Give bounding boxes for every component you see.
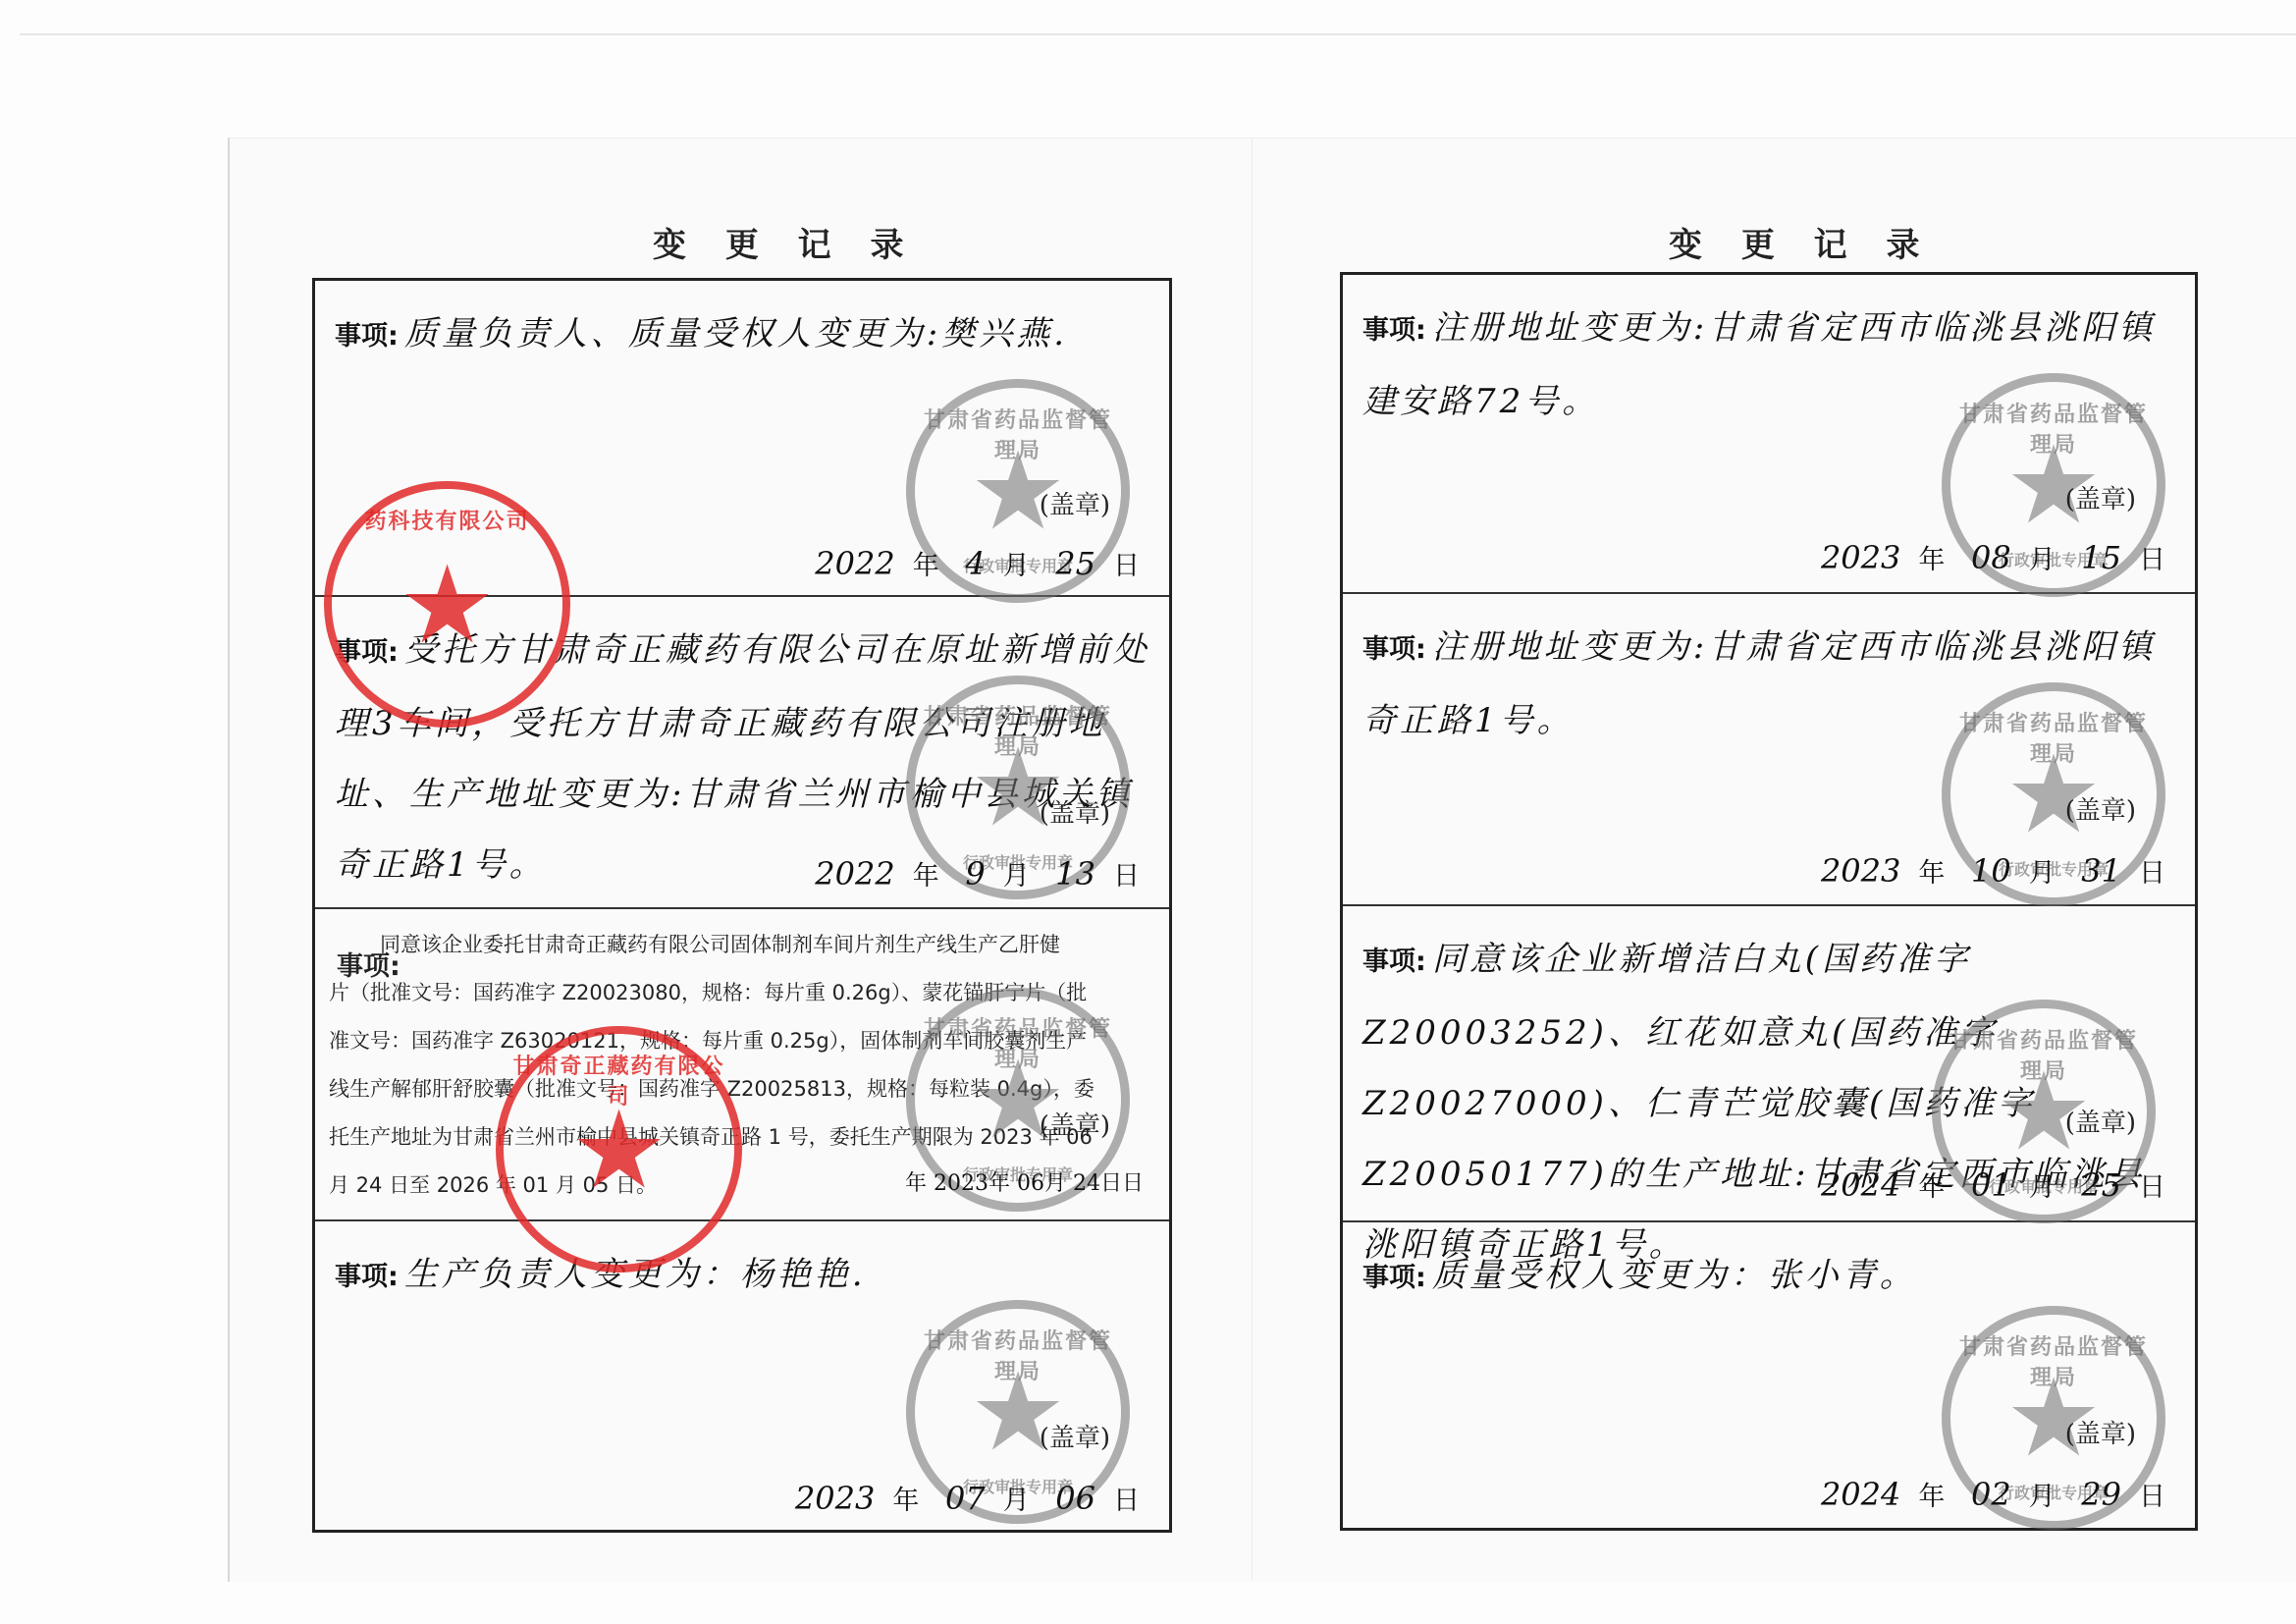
record-date: 2022年 9月 13日 (801, 854, 1144, 893)
record-content: 受托方甘肃奇正藏药有限公司在原址新增前处理3车间，受托方甘肃奇正藏药有限公司注册… (335, 630, 1150, 885)
record-content: 生产负责人变更为：杨艳艳. (404, 1255, 867, 1294)
record-date: 年 2023年 06月 24日日 (905, 1166, 1144, 1197)
record-content: 注册地址变更为:甘肃省定西市临洮县洮阳镇建安路72号。 (1362, 308, 2156, 421)
record-label: 事项: (335, 1262, 399, 1292)
left-record-2: 事项:受托方甘肃奇正藏药有限公司在原址新增前处理3车间，受托方甘肃奇正藏药有限公… (315, 597, 1169, 909)
right-page-title: 变 更 记 录 (1669, 218, 1934, 266)
record-label: 事项: (1362, 315, 1426, 346)
record-date: 2022年 4月 25日 (801, 544, 1144, 582)
right-record-2: 事项:注册地址变更为:甘肃省定西市临洮县洮阳镇奇正路1号。 (盖章) 2023年… (1343, 594, 2195, 906)
record-content: 注册地址变更为:甘肃省定西市临洮县洮阳镇奇正路1号。 (1362, 627, 2156, 740)
record-label: 事项: (1362, 1263, 1426, 1293)
record-label: 事项: (1362, 634, 1426, 665)
seal-note: (盖章) (1040, 485, 1110, 521)
right-change-record-table: 事项:注册地址变更为:甘肃省定西市临洮县洮阳镇建安路72号。 (盖章) 2023… (1340, 272, 2198, 1531)
left-page-title: 变 更 记 录 (653, 218, 918, 266)
record-text: 事项:生产负责人变更为：杨艳艳. (335, 1239, 1151, 1313)
left-record-1: 事项:质量负责人、质量受权人变更为:樊兴燕. (盖章) 2022年 4月 25日… (315, 281, 1169, 597)
seal-note: (盖章) (1040, 1106, 1110, 1142)
record-label: 事项: (335, 637, 399, 668)
seal-note: (盖章) (1040, 793, 1110, 830)
record-date: 2023年 07月 06日 (781, 1479, 1144, 1517)
right-record-4: 事项:质量受权人变更为：张小青。 (盖章) 2024年 02月 29日 甘肃省药… (1343, 1222, 2195, 1528)
record-date: 2023年 08月 15日 (1807, 538, 2169, 576)
left-record-3: 事项: 同意该企业委托甘肃奇正藏药有限公司固体制剂车间片剂生产线生产乙肝健片（批… (315, 909, 1169, 1221)
printed-line: 准文号：国药准字 Z63020121，规格：每片重 0.25g），固体制剂车间胶… (329, 1017, 1163, 1065)
record-content: 质量负责人、质量受权人变更为:樊兴燕. (404, 314, 1068, 353)
record-date: 2023年 10月 31日 (1807, 851, 2169, 890)
record-text: 事项:注册地址变更为:甘肃省定西市临洮县洮阳镇奇正路1号。 (1362, 612, 2177, 756)
record-label: 事项: (335, 321, 399, 352)
record-text: 事项:注册地址变更为:甘肃省定西市临洮县洮阳镇建安路72号。 (1362, 293, 2177, 437)
seal-note: (盖章) (2065, 790, 2136, 827)
seal-note: (盖章) (2065, 479, 2136, 515)
printed-line: 片（批准文号：国药准字 Z20023080，规格：每片重 0.26g）、蒙花锚肝… (329, 969, 1163, 1017)
record-text: 事项:质量负责人、质量受权人变更为:樊兴燕. (335, 298, 1151, 372)
printed-line: 线生产解郁肝舒胶囊（批准文号：国药准字 Z20025813，规格：每粒装 0.4… (329, 1065, 1163, 1113)
right-record-3: 事项:同意该企业新增洁白丸(国药准字Z20003252)、红花如意丸(国药准字Z… (1343, 906, 2195, 1222)
left-change-record-table: 事项:质量负责人、质量受权人变更为:樊兴燕. (盖章) 2022年 4月 25日… (312, 278, 1172, 1533)
record-label: 事项: (1362, 947, 1426, 977)
seal-note: (盖章) (2065, 1103, 2136, 1139)
record-content: 同意该企业新增洁白丸(国药准字Z20003252)、红花如意丸(国药准字Z200… (1362, 940, 2145, 1265)
seal-note: (盖章) (1040, 1418, 1110, 1454)
record-date: 2024年 02月 29日 (1807, 1475, 2169, 1513)
seal-note: (盖章) (2065, 1414, 2136, 1450)
record-text: 事项:质量受权人变更为：张小青。 (1362, 1240, 2177, 1314)
left-record-4: 事项:生产负责人变更为：杨艳艳. (盖章) 2023年 07月 06日 甘肃省药… (315, 1221, 1169, 1530)
record-date: 2024年 01月 25日 (1807, 1165, 2169, 1204)
scan-edge-line (20, 33, 2296, 35)
record-content: 质量受权人变更为：张小青。 (1432, 1256, 1917, 1295)
right-record-1: 事项:注册地址变更为:甘肃省定西市临洮县洮阳镇建安路72号。 (盖章) 2023… (1343, 275, 2195, 594)
page-fold (1252, 137, 1253, 1581)
printed-line: 托生产地址为甘肃省兰州市榆中县城关镇奇正路 1 号，委托生产期限为 2023 年… (329, 1113, 1163, 1162)
printed-line: 同意该企业委托甘肃奇正藏药有限公司固体制剂车间片剂生产线生产乙肝健 (329, 921, 1163, 969)
